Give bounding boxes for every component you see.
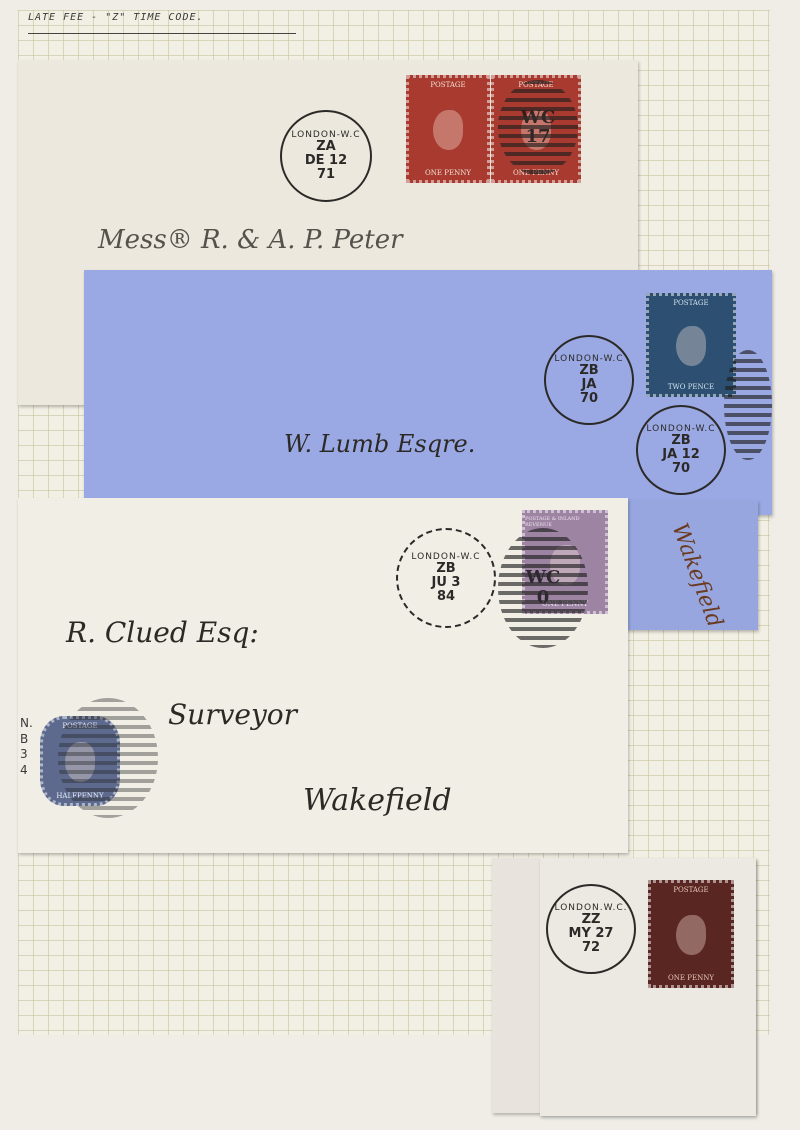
cover-1-address: Mess® R. & A. P. Peter xyxy=(98,225,403,255)
caption-underline xyxy=(28,33,296,34)
stamp-top-label: POSTAGE xyxy=(673,886,708,894)
penny-red-stamp: POSTAGE ONE PENNY xyxy=(406,75,490,183)
wc-obliterator: WC 17 xyxy=(498,80,578,175)
cover-1-postmark: LONDON-W.C ZA DE 12 71 xyxy=(280,110,372,202)
cover-2-lower-flap: Wakefield xyxy=(620,500,758,630)
postmark-date: JU 3 xyxy=(432,576,461,590)
postmark-time-code: ZB xyxy=(436,562,455,576)
cover-2-address: W. Lumb Esqre. xyxy=(284,430,475,458)
postmark-date: DE 12 xyxy=(305,154,347,168)
stamp-top-label: POSTAGE xyxy=(430,81,465,89)
partial-postmark: N. B 3 4 xyxy=(20,716,33,778)
cover-3-address-line-2: Surveyor xyxy=(168,698,297,731)
wc-obliterator: WC 0 xyxy=(498,528,588,648)
partial-postmark-line: 3 xyxy=(20,747,33,763)
cover-3-address-line-1: R. Clued Esq: xyxy=(66,616,259,649)
postmark-time-code: ZZ xyxy=(582,913,601,927)
cover-3-address-line-3: Wakefield xyxy=(303,783,452,818)
postmark-year: 84 xyxy=(437,590,455,604)
obliterator-line2: 0 xyxy=(537,587,550,608)
stamp-bottom-label: ONE PENNY xyxy=(668,974,714,982)
postmark-date: JA xyxy=(582,378,597,392)
queen-victoria-head-icon xyxy=(433,110,463,150)
postmark-date: MY 27 xyxy=(569,927,614,941)
partial-postmark-line: N. xyxy=(20,716,33,732)
queen-victoria-head-icon xyxy=(676,915,706,955)
postmark-year: 70 xyxy=(580,392,598,406)
postmark-time-code: ZB xyxy=(579,364,598,378)
cover-2-postmark-b: LONDON-W.C ZB JA 12 70 xyxy=(636,405,726,495)
queen-victoria-head-icon xyxy=(676,326,706,366)
postmark-year: 72 xyxy=(582,941,600,955)
postmark-time-code: ZB xyxy=(671,434,690,448)
stamp-bottom-label: TWO PENCE xyxy=(668,383,714,391)
penny-red-stamp: POSTAGE ONE PENNY xyxy=(648,880,734,988)
cover-3-postmark: LONDON-W.C ZB JU 3 84 xyxy=(396,528,496,628)
partial-postmark-line: B xyxy=(20,732,33,748)
postmark-year: 70 xyxy=(672,462,690,476)
cover-4-piece: LONDON.W.C. ZZ MY 27 72 POSTAGE ONE PENN… xyxy=(540,858,756,1116)
postmark-time-code: ZA xyxy=(316,140,336,154)
cover-3-envelope: LONDON-W.C ZB JU 3 84 POSTAGE & INLAND R… xyxy=(18,498,628,853)
cover-2-postmark-a: LONDON-W.C ZB JA 70 xyxy=(544,335,634,425)
partial-postmark-line: 4 xyxy=(20,763,33,779)
stamp-top-label: POSTAGE xyxy=(673,299,708,307)
postmark-date: JA 12 xyxy=(662,448,700,462)
postmark-year: 71 xyxy=(317,168,335,182)
obliterator-line2: 17 xyxy=(525,127,550,148)
cover-2-side-text: Wakefield xyxy=(667,520,728,631)
duplex-obliterator xyxy=(724,350,772,460)
duplex-obliterator xyxy=(58,698,158,818)
cover-2-blue-letter: LONDON-W.C ZB JA 70 LONDON-W.C ZB JA 12 … xyxy=(84,270,772,515)
obliterator-number: WC 17 xyxy=(521,108,556,148)
page-caption: LATE FEE - "Z" TIME CODE. xyxy=(28,12,204,23)
cover-4-postmark: LONDON.W.C. ZZ MY 27 72 xyxy=(546,884,636,974)
two-penny-blue-stamp: POSTAGE TWO PENCE xyxy=(646,293,736,397)
obliterator-number: WC 0 xyxy=(526,568,561,608)
obliterator-line1: WC xyxy=(521,107,556,128)
stamp-bottom-label: ONE PENNY xyxy=(425,169,471,177)
obliterator-line1: WC xyxy=(526,567,561,588)
stamp-top-label: POSTAGE & INLAND REVENUE xyxy=(525,516,605,528)
